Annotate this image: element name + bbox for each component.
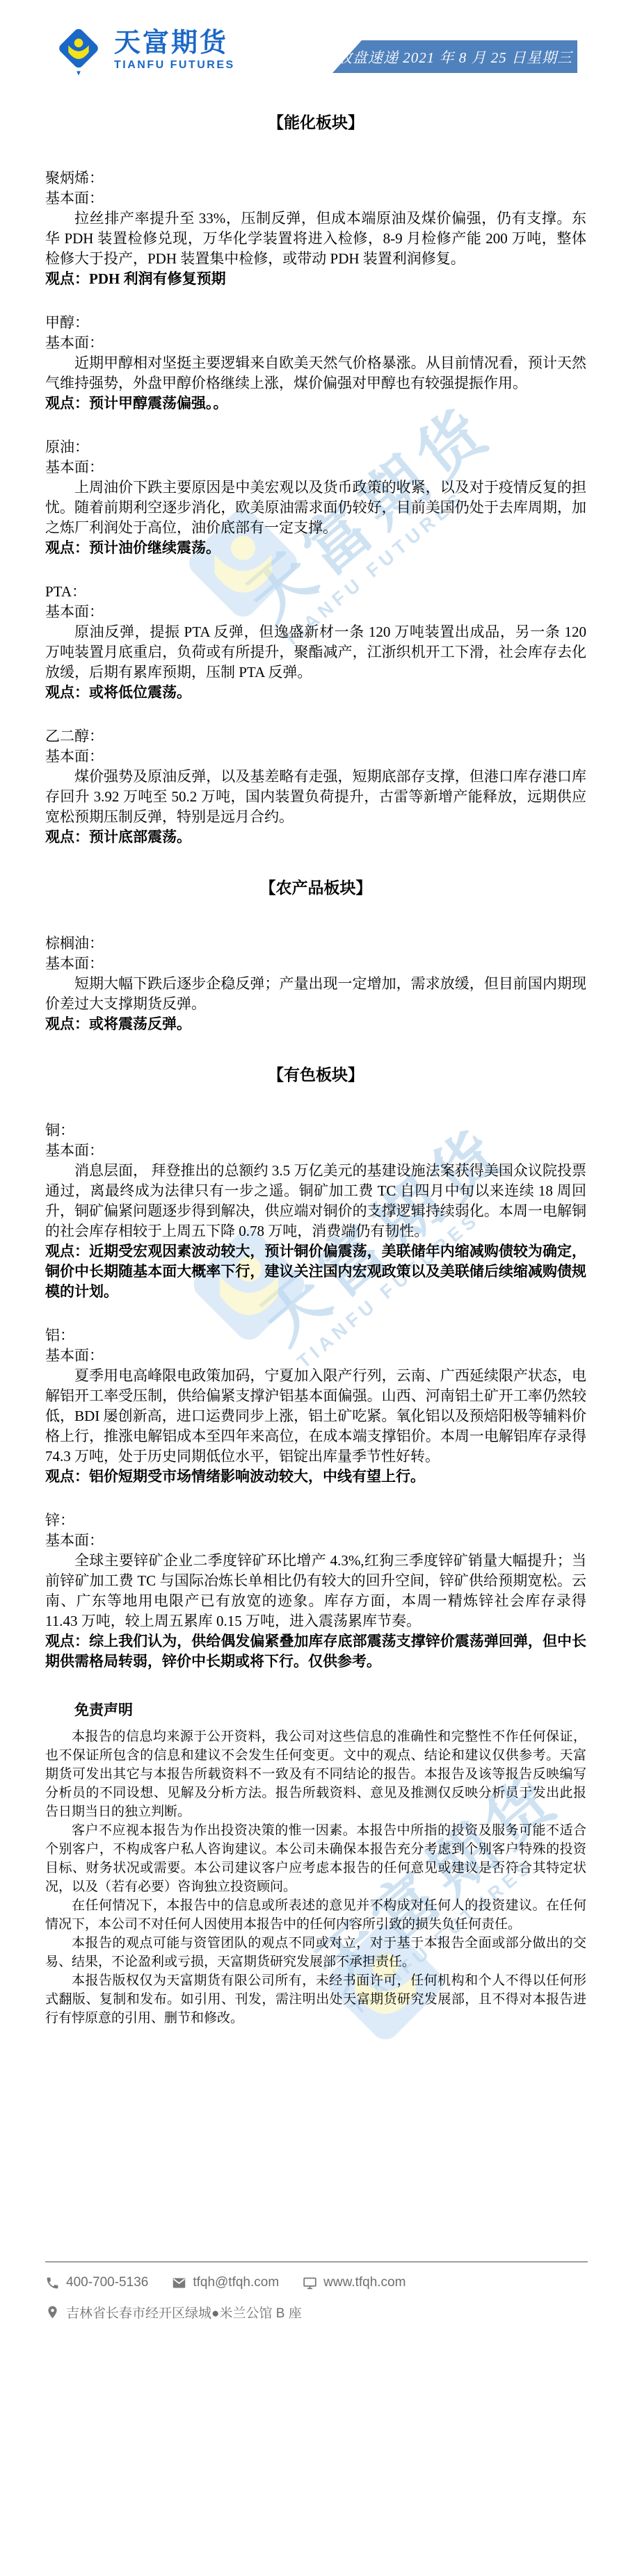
fundamentals-label: 基本面：	[45, 747, 586, 767]
disclaimer-paragraph: 在任何情况下，本报告中的信息或所表述的意见并不构成对任何人的投资建议。在任何情况…	[45, 1896, 586, 1934]
commodity-block-polypropylene: 聚炳烯： 基本面： 拉丝排产率提升至 33%，压制反弹，但成本端原油及煤价偏强，…	[45, 168, 586, 289]
commodity-block-zinc: 锌： 基本面： 全球主要锌矿企业二季度锌矿环比增产 4.3%,红狗三季度锌矿销量…	[45, 1510, 586, 1672]
fundamentals-text: 全球主要锌矿企业二季度锌矿环比增产 4.3%,红狗三季度锌矿销量大幅提升；当前锌…	[45, 1551, 586, 1631]
fundamentals-text: 夏季用电高峰限电政策加码，宁夏加入限产行列，云南、广西延续限产状态，电解铝开工率…	[45, 1366, 586, 1467]
company-logo-text: 天富期货 TIANFU FUTURES	[114, 24, 235, 72]
fundamentals-text: 近期甲醇相对坚挺主要逻辑来自欧美天然气价格暴涨。从目前情况看，预计天然气维持强势…	[45, 353, 586, 393]
fundamentals-label: 基本面：	[45, 602, 586, 622]
company-name-en: TIANFU FUTURES	[114, 59, 235, 72]
commodity-block-aluminum: 铝： 基本面： 夏季用电高峰限电政策加码，宁夏加入限产行列，云南、广西延续限产状…	[45, 1326, 586, 1487]
commodity-name: 乙二醇：	[45, 726, 586, 747]
disclaimer-section: 免责声明 本报告的信息均来源于公开资料，我公司对这些信息的准确性和完整性不作任何…	[45, 1699, 586, 2028]
footer-website: www.tfqh.com	[303, 2275, 406, 2290]
fundamentals-label: 基本面：	[45, 1141, 586, 1161]
footer-contact-row: 400-700-5136 tfqh@tfqh.com www.tfqh.com	[45, 2275, 588, 2290]
commodity-name: 铝：	[45, 1326, 586, 1346]
footer-address-text: 吉林省长春市经开区绿城●米兰公馆 B 座	[66, 2303, 302, 2322]
footer-address: 吉林省长春市经开区绿城●米兰公馆 B 座	[45, 2303, 302, 2322]
fundamentals-label: 基本面：	[45, 1346, 586, 1366]
footer-email-address: tfqh@tfqh.com	[193, 2275, 279, 2290]
company-name-cn: 天富期货	[114, 29, 235, 57]
commodity-block-crude-oil: 原油： 基本面： 上周油价下跌主要原因是中美宏观以及货币政策的收紧，以及对于疫情…	[45, 437, 586, 558]
commodity-name: PTA：	[45, 582, 586, 602]
viewpoint-text: 观点：或将震荡反弹。	[45, 1014, 586, 1034]
fundamentals-text: 拉丝排产率提升至 33%，压制反弹，但成本端原油及煤价偏强，仍有支撑。东华 PD…	[45, 209, 586, 269]
report-title-banner: 收盘速递 2021 年 8 月 25 日星期三	[332, 40, 577, 73]
commodity-block-copper: 铜： 基本面： 消息层面， 拜登推出的总额约 3.5 万亿美元的基建设施法案获得…	[45, 1120, 586, 1302]
footer-phone-number: 400-700-5136	[66, 2275, 148, 2290]
section-title-nonferrous: 【有色板块】	[45, 1063, 586, 1087]
section-title-energy-chemical: 【能化板块】	[45, 111, 586, 135]
fundamentals-label: 基本面：	[45, 188, 586, 209]
fundamentals-text: 煤价强势及原油反弹，以及基差略有走强，短期底部存支撑，但港口库存港口库存回升 3…	[45, 767, 586, 827]
tianfu-diamond-logo-icon	[54, 24, 103, 78]
report-page: 天富期货 TIANFU FUTURES 天富期货 TIANFU FUTURES …	[0, 0, 626, 2576]
footer-divider	[45, 2261, 588, 2263]
viewpoint-text: 观点：铝价短期受市场情绪影响波动较大，中线有望上行。	[45, 1467, 586, 1487]
location-pin-icon	[45, 2305, 60, 2320]
fundamentals-text: 消息层面， 拜登推出的总额约 3.5 万亿美元的基建设施法案获得美国众议院投票通…	[45, 1161, 586, 1241]
fundamentals-label: 基本面：	[45, 954, 586, 974]
fundamentals-label: 基本面：	[45, 457, 586, 478]
viewpoint-text: 观点：PDH 利润有修复预期	[45, 269, 586, 289]
viewpoint-text: 观点：预计油价继续震荡。	[45, 538, 586, 558]
disclaimer-paragraph: 本报告版权仅为天富期货有限公司所有，未经书面许可，任何机构和个人不得以任何形式翻…	[45, 1971, 586, 2028]
viewpoint-text: 观点：预计甲醇震荡偏强。。	[45, 393, 586, 414]
commodity-name: 铜：	[45, 1120, 586, 1141]
disclaimer-paragraph: 本报告的信息均来源于公开资料，我公司对这些信息的准确性和完整性不作任何保证，也不…	[45, 1727, 586, 1821]
phone-icon	[45, 2276, 60, 2290]
disclaimer-paragraph: 客户不应视本报告为作出投资决策的惟一因素。本报告中所指的投资及服务可能不适合个别…	[45, 1821, 586, 1896]
commodity-name: 棕榈油：	[45, 934, 586, 954]
section-title-agriculture: 【农产品板块】	[45, 877, 586, 900]
commodity-block-palm-oil: 棕榈油： 基本面： 短期大幅下跌后逐步企稳反弹；产量出现一定增加，需求放缓，但目…	[45, 934, 586, 1034]
footer-address-row: 吉林省长春市经开区绿城●米兰公馆 B 座	[45, 2303, 588, 2322]
company-logo: 天富期货 TIANFU FUTURES	[54, 24, 235, 78]
fundamentals-label: 基本面：	[45, 1531, 586, 1551]
footer-phone: 400-700-5136	[45, 2275, 148, 2290]
disclaimer-paragraph: 本报告的观点可能与资管团队的观点不同或对立，对于基于本报告全面或部分做出的交易、…	[45, 1934, 586, 1971]
monitor-icon	[303, 2276, 317, 2290]
footer-email: tfqh@tfqh.com	[172, 2275, 279, 2290]
fundamentals-text: 原油反弹，提振 PTA 反弹，但逸盛新材一条 120 万吨装置出成品，另一条 1…	[45, 622, 586, 683]
fundamentals-text: 短期大幅下跌后逐步企稳反弹；产量出现一定增加，需求放缓，但目前国内期现价差过大支…	[45, 974, 586, 1014]
viewpoint-text: 观点：近期受宏观因素波动较大，预计铜价偏震荡，美联储年内缩减购债较为确定，铜价中…	[45, 1241, 586, 1302]
commodity-name: 锌：	[45, 1510, 586, 1531]
envelope-icon	[172, 2276, 186, 2290]
commodity-name: 聚炳烯：	[45, 168, 586, 188]
page-footer: 400-700-5136 tfqh@tfqh.com www.tfqh.com	[45, 2261, 588, 2322]
report-header: 天富期货 TIANFU FUTURES 收盘速递 2021 年 8 月 25 日…	[0, 0, 626, 82]
disclaimer-title: 免责声明	[45, 1699, 586, 1720]
commodity-name: 甲醇：	[45, 313, 586, 333]
commodity-block-methanol: 甲醇： 基本面： 近期甲醇相对坚挺主要逻辑来自欧美天然气价格暴涨。从目前情况看，…	[45, 313, 586, 414]
fundamentals-label: 基本面：	[45, 333, 586, 353]
commodity-block-pta: PTA： 基本面： 原油反弹，提振 PTA 反弹，但逸盛新材一条 120 万吨装…	[45, 582, 586, 703]
footer-website-url: www.tfqh.com	[323, 2275, 406, 2290]
report-body: 【能化板块】 聚炳烯： 基本面： 拉丝排产率提升至 33%，压制反弹，但成本端原…	[0, 111, 626, 2028]
commodity-block-ethylene-glycol: 乙二醇： 基本面： 煤价强势及原油反弹，以及基差略有走强，短期底部存支撑，但港口…	[45, 726, 586, 847]
commodity-name: 原油：	[45, 437, 586, 457]
viewpoint-text: 观点：综上我们认为，供给偶发偏紧叠加库存底部震荡支撑锌价震荡弹回弹，但中长期供需…	[45, 1631, 586, 1672]
fundamentals-text: 上周油价下跌主要原因是中美宏观以及货币政策的收紧，以及对于疫情反复的担忧。随着前…	[45, 478, 586, 538]
viewpoint-text: 观点：或将低位震荡。	[45, 683, 586, 703]
viewpoint-text: 观点：预计底部震荡。	[45, 827, 586, 847]
